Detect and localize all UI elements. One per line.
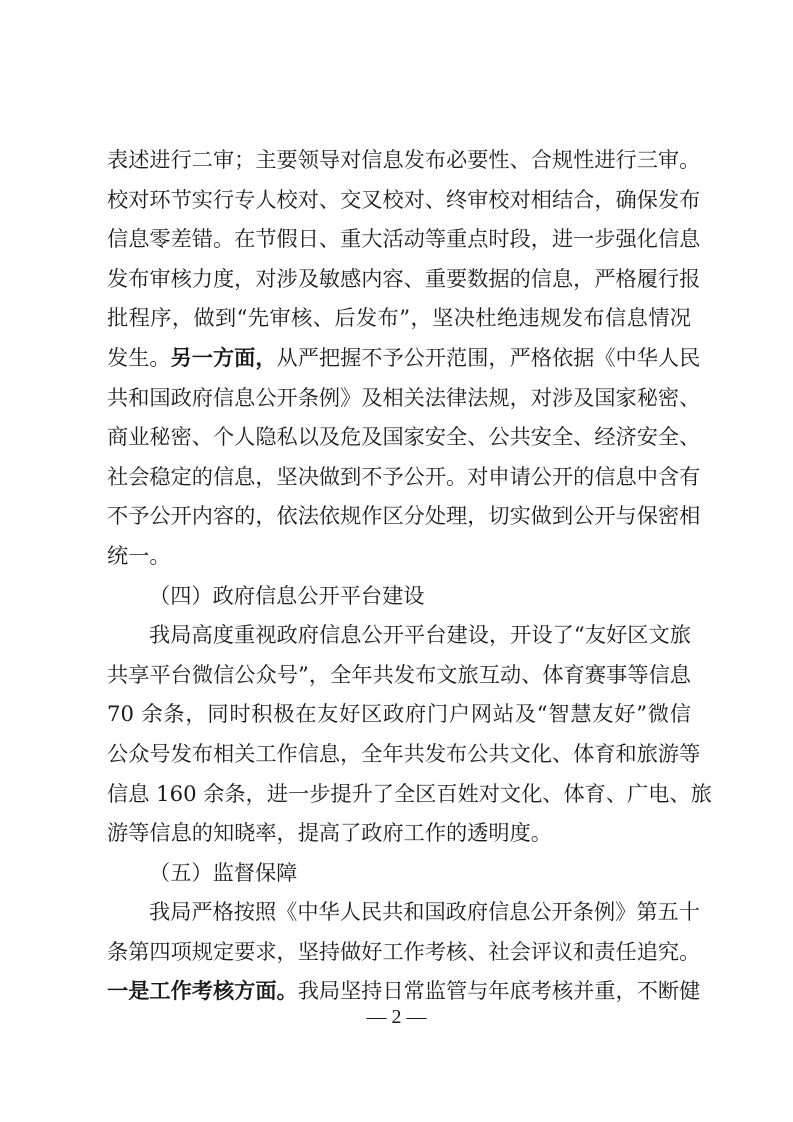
body-line: 我局高度重视政府信息公开平台建设，开设了“友好区文旅 [107, 615, 691, 655]
body-line: 游等信息的知晓率，提高了政府工作的透明度。 [107, 813, 691, 853]
body-line: 表述进行二审；主要领导对信息发布必要性、合规性进行三审。 [107, 140, 691, 180]
page-number: — 2 — [0, 1006, 793, 1029]
body-line: 信息 160 余条，进一步提升了全区百姓对文化、体育、广电、旅 [107, 774, 691, 814]
line-prefix: 发生。 [107, 345, 171, 370]
body-line: 统一。 [107, 536, 691, 576]
body-line: 不予公开内容的，依法依规作区分处理，切实做到公开与保密相 [107, 496, 691, 536]
body-line: 共和国政府信息公开条例》及相关法律法规，对涉及国家秘密、 [107, 378, 691, 418]
body-line: 发生。另一方面，从严把握不予公开范围，严格依据《中华人民 [107, 338, 691, 378]
body-line: 信息零差错。在节假日、重大活动等重点时段，进一步强化信息 [107, 219, 691, 259]
document-body: 表述进行二审；主要领导对信息发布必要性、合规性进行三审。 校对环节实行专人校对、… [107, 140, 691, 1011]
body-line: 社会稳定的信息，坚决做到不予公开。对申请公开的信息中含有 [107, 457, 691, 497]
body-line: 公众号发布相关工作信息，全年共发布公共文化、体育和旅游等 [107, 734, 691, 774]
line-rest: 从严把握不予公开范围，严格依据《中华人民 [277, 345, 701, 370]
body-line: 发布审核力度，对涉及敏感内容、重要数据的信息，严格履行报 [107, 259, 691, 299]
body-line: 批程序，做到“先审核、后发布”，坚决杜绝违规发布信息情况 [107, 298, 691, 338]
line-rest: 我局坚持日常监管与年底考核并重，不断健 [298, 978, 701, 1003]
body-line: 条第四项规定要求，坚持做好工作考核、社会评议和责任追究。 [107, 932, 691, 972]
bold-lead-phrase: 一是工作考核方面。 [107, 978, 298, 1003]
body-line: 共享平台微信公众号”，全年共发布文旅互动、体育赛事等信息 [107, 655, 691, 695]
section-heading-platform: （四）政府信息公开平台建设 [107, 576, 691, 616]
bold-lead-phrase: 另一方面， [171, 345, 277, 370]
body-line: 我局严格按照《中华人民共和国政府信息公开条例》第五十 [107, 892, 691, 932]
body-line: 70 余条，同时积极在友好区政府门户网站及“智慧友好”微信 [107, 694, 691, 734]
section-heading-supervision: （五）监督保障 [107, 853, 691, 893]
body-line: 商业秘密、个人隐私以及危及国家安全、公共安全、经济安全、 [107, 417, 691, 457]
body-line: 校对环节实行专人校对、交叉校对、终审校对相结合，确保发布 [107, 180, 691, 220]
